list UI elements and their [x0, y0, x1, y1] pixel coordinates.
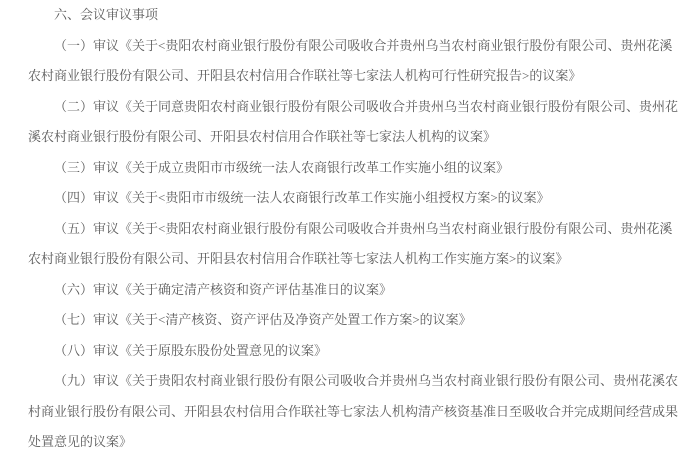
- agenda-item-5: （五）审议《关于<贵阳农村商业银行股份有限公司吸收合并贵州乌当农村商业银行股份有…: [28, 214, 678, 275]
- agenda-item-1: （一）审议《关于<贵阳农村商业银行股份有限公司吸收合并贵州乌当农村商业银行股份有…: [28, 31, 678, 92]
- agenda-item-7: （七）审议《关于<清产核资、资产评估及净资产处置工作方案>的议案》: [28, 305, 678, 336]
- document-page: 六、会议审议事项 （一）审议《关于<贵阳农村商业银行股份有限公司吸收合并贵州乌当…: [0, 0, 700, 463]
- agenda-item-4: （四）审议《关于<贵阳市市级统一法人农商银行改革工作实施小组授权方案>的议案》: [28, 183, 678, 214]
- document-body: 六、会议审议事项 （一）审议《关于<贵阳农村商业银行股份有限公司吸收合并贵州乌当…: [28, 0, 678, 458]
- agenda-item-2: （二）审议《关于同意贵阳农村商业银行股份有限公司吸收合并贵州乌当农村商业银行股份…: [28, 92, 678, 153]
- section-heading: 六、会议审议事项: [28, 0, 678, 31]
- agenda-item-8: （八）审议《关于原股东股份处置意见的议案》: [28, 336, 678, 367]
- agenda-item-3: （三）审议《关于成立贵阳市市级统一法人农商银行改革工作实施小组的议案》: [28, 153, 678, 184]
- agenda-item-9: （九）审议《关于贵阳农村商业银行股份有限公司吸收合并贵州乌当农村商业银行股份有限…: [28, 366, 678, 458]
- agenda-item-6: （六）审议《关于确定清产核资和资产评估基准日的议案》: [28, 275, 678, 306]
